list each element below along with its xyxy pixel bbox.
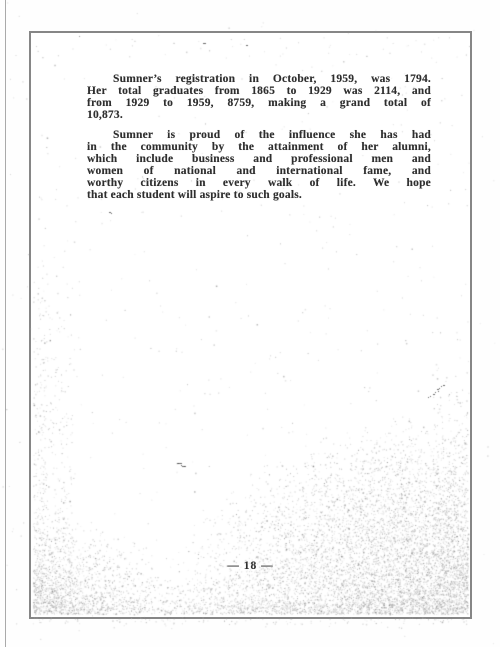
text-line: in the community by the attainment of he… — [87, 141, 431, 153]
text-line: women of national and international fame… — [87, 165, 431, 177]
text-line: which include business and professional … — [87, 153, 431, 165]
text-line: Sumner’s registration in October, 1959, … — [87, 73, 431, 85]
text-line: that each student will aspire to such go… — [87, 189, 431, 201]
scan-edge-line — [5, 0, 6, 647]
paragraph-registration: Sumner’s registration in October, 1959, … — [87, 73, 431, 121]
page-text-block: Sumner’s registration in October, 1959, … — [87, 73, 431, 209]
page-frame: Sumner’s registration in October, 1959, … — [29, 31, 472, 619]
page-number: — 18 — — [31, 560, 470, 572]
text-line: 10,873. — [87, 109, 431, 121]
paragraph-alumni: Sumner is proud of the influence she has… — [87, 129, 431, 201]
scanned-document-page: Sumner’s registration in October, 1959, … — [0, 0, 500, 647]
text-line: from 1929 to 1959, 8759, making a grand … — [87, 97, 431, 109]
text-line: Her total graduates from 1865 to 1929 wa… — [87, 85, 431, 97]
text-line: Sumner is proud of the influence she has… — [87, 129, 431, 141]
text-line: worthy citizens in every walk of life. W… — [87, 177, 431, 189]
